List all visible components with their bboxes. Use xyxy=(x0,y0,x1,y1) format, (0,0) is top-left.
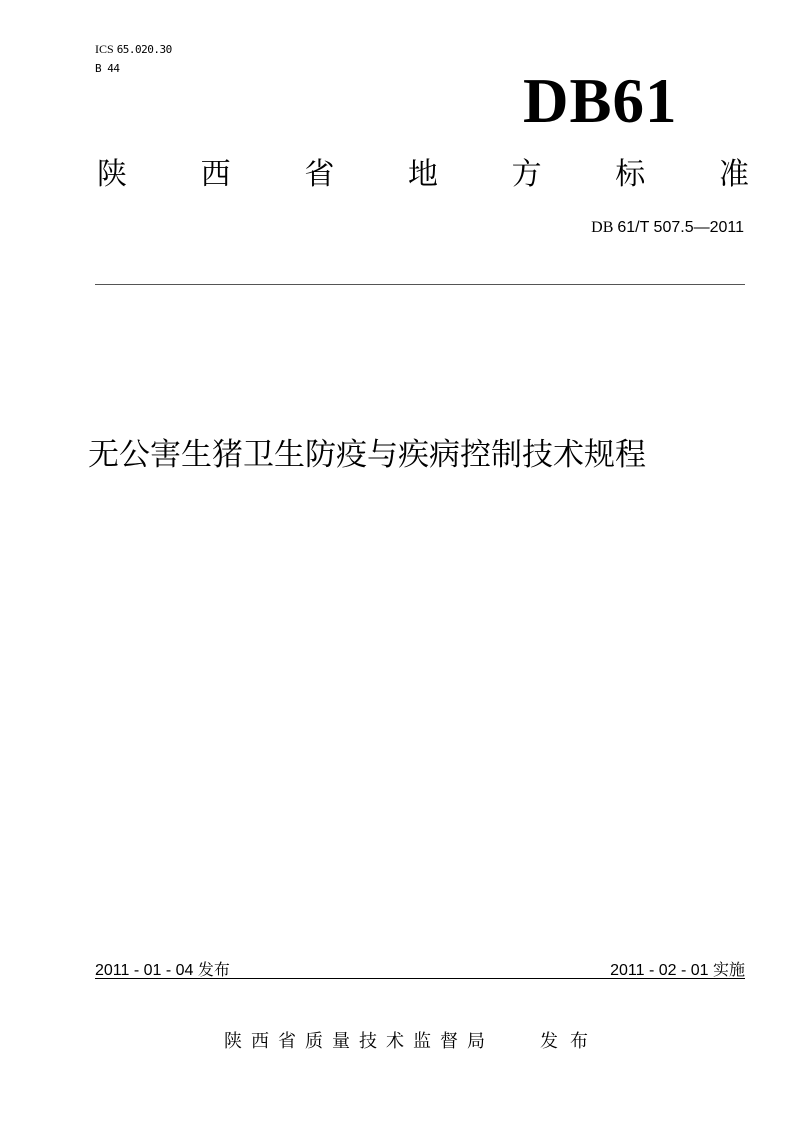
db-logo: DB61 xyxy=(523,66,678,136)
standard-type-char: 方 xyxy=(512,156,542,194)
standard-type-heading: 陕 西 省 地 方 标 准 xyxy=(97,156,749,194)
document-title: 无公害生猪卫生防疫与疾病控制技术规程 xyxy=(88,434,646,476)
publish-label: 发布 xyxy=(540,1030,600,1054)
header-divider xyxy=(95,284,745,285)
ics-code: ICS 65.020.30 xyxy=(95,40,172,59)
issue-label: 发布 xyxy=(198,960,230,979)
standard-type-char: 陕 xyxy=(97,156,127,194)
implement-date: 2011 - 02 - 01 xyxy=(610,962,708,979)
implement-label: 实施 xyxy=(713,960,745,979)
standard-type-char: 地 xyxy=(408,156,438,194)
classification-codes: ICS 65.020.30 B 44 xyxy=(95,40,172,78)
ics-label: ICS xyxy=(95,42,114,56)
publisher-name: 陕西省质量技术监督局 xyxy=(224,1030,494,1054)
standard-type-char: 西 xyxy=(201,156,231,194)
standard-type-char: 省 xyxy=(304,156,334,194)
standard-type-char: 准 xyxy=(719,156,749,194)
issue-date: 2011 - 01 - 04 xyxy=(95,962,193,979)
footer-divider xyxy=(95,978,745,979)
standard-type-char: 标 xyxy=(615,156,645,194)
standard-number-value: 61/T 507.5—2011 xyxy=(617,219,744,236)
ics-number: 65.020.30 xyxy=(117,43,172,56)
standard-number-prefix: DB xyxy=(591,219,613,236)
ccs-code: B 44 xyxy=(95,59,172,78)
standard-number: DB 61/T 507.5—2011 xyxy=(591,218,744,238)
